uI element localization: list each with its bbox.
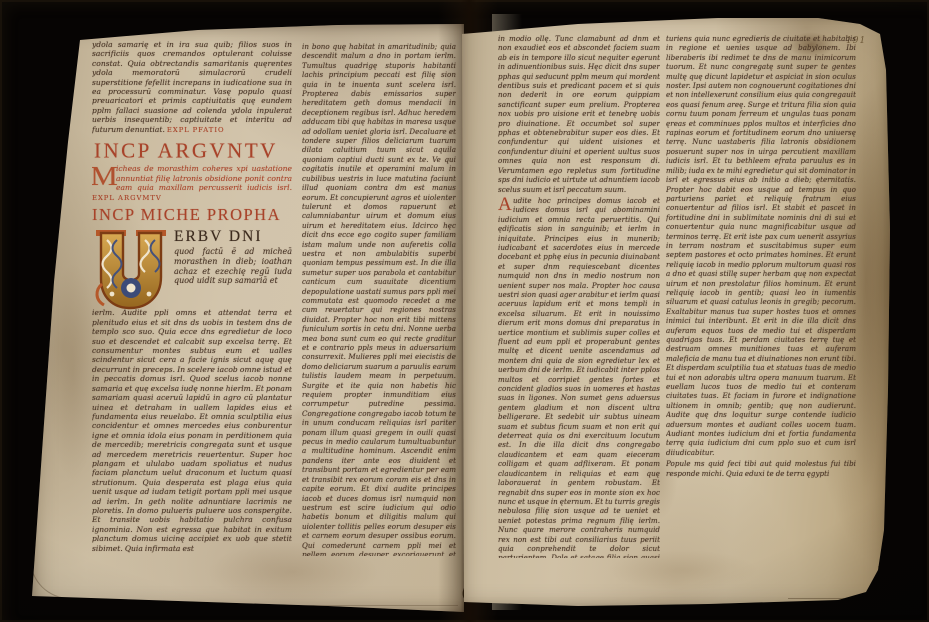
illuminated-initial-U	[94, 228, 168, 310]
micah-ch3-ch4-text: Audite hoc principes domus iacob et iudi…	[498, 196, 660, 558]
micah-ch1-ch3-text: in bono quę habitat in amaritudinib; qui…	[302, 42, 456, 556]
argumentum-block: Micheas de morasthim coheres xpi uastati…	[92, 164, 292, 203]
prologue-end-paragraph: ydola samarię et in ira sua quib; filios…	[92, 40, 292, 135]
argumentum-text: icheas de morasthim coheres xpi uastatio…	[116, 164, 292, 192]
right-column-2: turiens quia nunc egredieris de ciuitate…	[666, 34, 856, 558]
micah-ch6-opening: ħPopule ms quid feci tibi aut quid moles…	[666, 459, 856, 478]
rubricated-initial-A: A	[498, 196, 513, 213]
right-page: 191 in modio ollę. Tunc clamabunt ad dnm…	[458, 10, 894, 612]
micah-ch1-text: ierlm. Audite ppli omns et attendat terr…	[92, 308, 292, 553]
incipit-block: ERBV DNI quod factū ē ad micheā morasthe…	[92, 228, 292, 308]
prologue-end-text: ydola samarię et in ira sua quib; filios…	[92, 40, 292, 134]
left-column-1: ydola samarię et in ira sua quib; filios…	[92, 40, 292, 558]
micah-ch3-text: in modio ollę. Tunc clamabunt ad dnm et …	[498, 34, 660, 194]
incipit-side: ERBV DNI quod factū ē ad micheā morasthe…	[174, 228, 292, 285]
micah-ch4-ch6-text: turiens quia nunc egredieris de ciuitate…	[666, 34, 856, 457]
incipit-side-text: quod factū ē ad micheā morasthen in dieb…	[174, 247, 292, 285]
explicit-argumentum: EXPL ARGVMTV	[92, 194, 162, 202]
rubric-incipit-argumentum: INCP ARGVNTV	[94, 138, 292, 164]
manuscript-photo: ydola samarię et in ira sua quib; filios…	[0, 0, 929, 622]
left-page: ydola samarię et in ira sua quib; filios…	[28, 22, 464, 614]
rubric-incipit-micheas: INCP MICHE PROPHA	[92, 205, 292, 225]
popule-meus-text: Popule ms quid feci tibi aut quid molest…	[666, 459, 856, 477]
incipit-display-caps: ERBV DNI	[174, 228, 292, 246]
argumentum-initial-M: M	[92, 164, 118, 188]
audite-hoc-text: udite hoc principes domus iacob et iudic…	[498, 196, 660, 558]
right-column-1: in modio ollę. Tunc clamabunt ad dnm et …	[498, 34, 660, 558]
left-column-2: in bono quę habitat in amaritudinib; qui…	[302, 42, 456, 556]
explicit-praefatio: EXPL PFATIO	[167, 126, 225, 134]
